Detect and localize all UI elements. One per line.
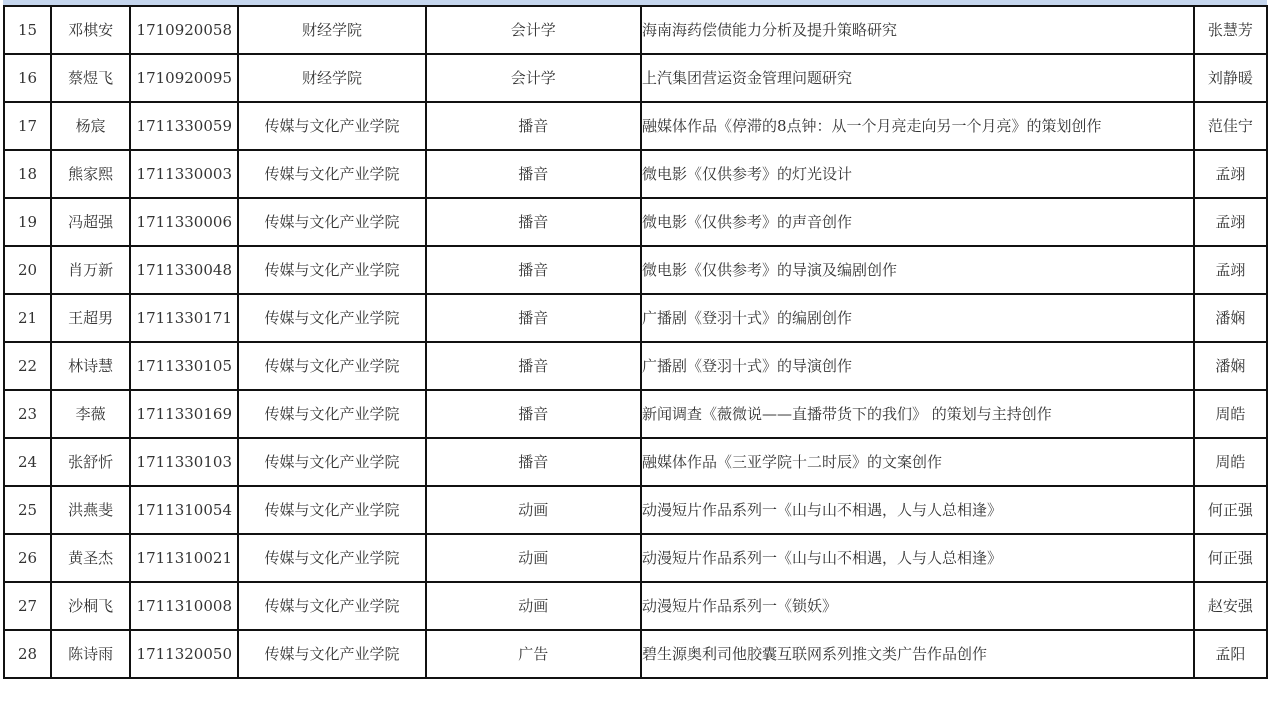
cell-number: 24: [4, 438, 51, 486]
cell-thesis-title: 动漫短片作品系列一《山与山不相遇，人与人总相逢》: [641, 486, 1194, 534]
cell-major: 播音: [426, 246, 641, 294]
cell-number: 25: [4, 486, 51, 534]
cell-college: 传媒与文化产业学院: [238, 486, 425, 534]
cell-student-name: 肖万新: [51, 246, 130, 294]
cell-college: 财经学院: [238, 6, 425, 54]
cell-student-id: 1711330103: [130, 438, 238, 486]
cell-advisor: 张慧芳: [1194, 6, 1267, 54]
cell-student-name: 冯超强: [51, 198, 130, 246]
cell-college: 传媒与文化产业学院: [238, 390, 425, 438]
cell-thesis-title: 广播剧《登羽十式》的导演创作: [641, 342, 1194, 390]
cell-student-name: 黄圣杰: [51, 534, 130, 582]
cell-number: 27: [4, 582, 51, 630]
cell-number: 28: [4, 630, 51, 678]
cell-advisor: 赵安强: [1194, 582, 1267, 630]
cell-major: 播音: [426, 102, 641, 150]
cell-student-id: 1711310008: [130, 582, 238, 630]
cell-advisor: 刘静暖: [1194, 54, 1267, 102]
table-row: 22 林诗慧 1711330105 传媒与文化产业学院 播音 广播剧《登羽十式》…: [4, 342, 1267, 390]
table-row: 15 邓棋安 1710920058 财经学院 会计学 海南海药偿债能力分析及提升…: [4, 6, 1267, 54]
cell-student-id: 1711330003: [130, 150, 238, 198]
cell-student-name: 杨宸: [51, 102, 130, 150]
cell-major: 播音: [426, 390, 641, 438]
cell-advisor: 潘娴: [1194, 342, 1267, 390]
table-row: 27 沙桐飞 1711310008 传媒与文化产业学院 动画 动漫短片作品系列一…: [4, 582, 1267, 630]
cell-student-id: 1711330105: [130, 342, 238, 390]
cell-major: 播音: [426, 150, 641, 198]
cell-college: 传媒与文化产业学院: [238, 438, 425, 486]
cell-student-id: 1711330006: [130, 198, 238, 246]
cell-advisor: 何正强: [1194, 534, 1267, 582]
cell-thesis-title: 动漫短片作品系列一《锁妖》: [641, 582, 1194, 630]
cell-student-name: 王超男: [51, 294, 130, 342]
cell-major: 播音: [426, 342, 641, 390]
cell-student-id: 1711310054: [130, 486, 238, 534]
cell-thesis-title: 碧生源奥利司他胶囊互联网系列推文类广告作品创作: [641, 630, 1194, 678]
cell-advisor: 周皓: [1194, 390, 1267, 438]
cell-student-name: 林诗慧: [51, 342, 130, 390]
cell-thesis-title: 海南海药偿债能力分析及提升策略研究: [641, 6, 1194, 54]
cell-thesis-title: 上汽集团营运资金管理问题研究: [641, 54, 1194, 102]
cell-student-id: 1710920058: [130, 6, 238, 54]
cell-student-id: 1711330169: [130, 390, 238, 438]
cell-advisor: 孟翊: [1194, 198, 1267, 246]
cell-thesis-title: 微电影《仅供参考》的灯光设计: [641, 150, 1194, 198]
table-row: 17 杨宸 1711330059 传媒与文化产业学院 播音 融媒体作品《停滞的8…: [4, 102, 1267, 150]
table-row: 19 冯超强 1711330006 传媒与文化产业学院 播音 微电影《仅供参考》…: [4, 198, 1267, 246]
cell-major: 播音: [426, 294, 641, 342]
table-row: 28 陈诗雨 1711320050 传媒与文化产业学院 广告 碧生源奥利司他胶囊…: [4, 630, 1267, 678]
thesis-roster-table: 15 邓棋安 1710920058 财经学院 会计学 海南海药偿债能力分析及提升…: [3, 5, 1268, 679]
cell-thesis-title: 融媒体作品《停滞的8点钟：从一个月亮走向另一个月亮》的策划创作: [641, 102, 1194, 150]
cell-thesis-title: 微电影《仅供参考》的声音创作: [641, 198, 1194, 246]
cell-number: 23: [4, 390, 51, 438]
cell-student-name: 李薇: [51, 390, 130, 438]
cell-major: 动画: [426, 534, 641, 582]
cell-advisor: 孟翊: [1194, 150, 1267, 198]
cell-number: 17: [4, 102, 51, 150]
cell-student-name: 张舒忻: [51, 438, 130, 486]
cell-college: 传媒与文化产业学院: [238, 342, 425, 390]
cell-number: 18: [4, 150, 51, 198]
cell-thesis-title: 动漫短片作品系列一《山与山不相遇，人与人总相逢》: [641, 534, 1194, 582]
table-row: 25 洪燕斐 1711310054 传媒与文化产业学院 动画 动漫短片作品系列一…: [4, 486, 1267, 534]
cell-advisor: 孟翊: [1194, 246, 1267, 294]
cell-college: 传媒与文化产业学院: [238, 102, 425, 150]
cell-student-name: 陈诗雨: [51, 630, 130, 678]
cell-thesis-title: 广播剧《登羽十式》的编剧创作: [641, 294, 1194, 342]
cell-advisor: 周皓: [1194, 438, 1267, 486]
cell-advisor: 何正强: [1194, 486, 1267, 534]
cell-number: 16: [4, 54, 51, 102]
table-row: 16 蔡煜飞 1710920095 财经学院 会计学 上汽集团营运资金管理问题研…: [4, 54, 1267, 102]
cell-number: 22: [4, 342, 51, 390]
cell-advisor: 潘娴: [1194, 294, 1267, 342]
table-row: 20 肖万新 1711330048 传媒与文化产业学院 播音 微电影《仅供参考》…: [4, 246, 1267, 294]
cell-advisor: 孟阳: [1194, 630, 1267, 678]
cell-thesis-title: 微电影《仅供参考》的导演及编剧创作: [641, 246, 1194, 294]
table-row: 24 张舒忻 1711330103 传媒与文化产业学院 播音 融媒体作品《三亚学…: [4, 438, 1267, 486]
cell-thesis-title: 融媒体作品《三亚学院十二时辰》的文案创作: [641, 438, 1194, 486]
cell-student-name: 洪燕斐: [51, 486, 130, 534]
cell-student-name: 邓棋安: [51, 6, 130, 54]
table-row: 21 王超男 1711330171 传媒与文化产业学院 播音 广播剧《登羽十式》…: [4, 294, 1267, 342]
table-row: 26 黄圣杰 1711310021 传媒与文化产业学院 动画 动漫短片作品系列一…: [4, 534, 1267, 582]
cell-advisor: 范佳宁: [1194, 102, 1267, 150]
cell-student-id: 1711330171: [130, 294, 238, 342]
cell-college: 传媒与文化产业学院: [238, 150, 425, 198]
cell-student-id: 1711330048: [130, 246, 238, 294]
cell-college: 传媒与文化产业学院: [238, 246, 425, 294]
cell-major: 动画: [426, 486, 641, 534]
cell-major: 动画: [426, 582, 641, 630]
table-row: 23 李薇 1711330169 传媒与文化产业学院 播音 新闻调查《薇微说——…: [4, 390, 1267, 438]
cell-number: 15: [4, 6, 51, 54]
table-row: 18 熊家熙 1711330003 传媒与文化产业学院 播音 微电影《仅供参考》…: [4, 150, 1267, 198]
cell-major: 会计学: [426, 6, 641, 54]
cell-number: 21: [4, 294, 51, 342]
cell-major: 会计学: [426, 54, 641, 102]
cell-student-name: 蔡煜飞: [51, 54, 130, 102]
cell-student-id: 1711330059: [130, 102, 238, 150]
cell-student-id: 1711310021: [130, 534, 238, 582]
cell-number: 19: [4, 198, 51, 246]
cell-college: 传媒与文化产业学院: [238, 534, 425, 582]
cell-college: 传媒与文化产业学院: [238, 582, 425, 630]
cell-college: 传媒与文化产业学院: [238, 294, 425, 342]
table-body: 15 邓棋安 1710920058 财经学院 会计学 海南海药偿债能力分析及提升…: [4, 6, 1267, 678]
cell-student-name: 沙桐飞: [51, 582, 130, 630]
cell-college: 传媒与文化产业学院: [238, 630, 425, 678]
cell-thesis-title: 新闻调查《薇微说——直播带货下的我们》 的策划与主持创作: [641, 390, 1194, 438]
cell-major: 广告: [426, 630, 641, 678]
cell-number: 26: [4, 534, 51, 582]
cell-major: 播音: [426, 198, 641, 246]
cell-college: 传媒与文化产业学院: [238, 198, 425, 246]
cell-college: 财经学院: [238, 54, 425, 102]
cell-number: 20: [4, 246, 51, 294]
cell-student-name: 熊家熙: [51, 150, 130, 198]
cell-student-id: 1711320050: [130, 630, 238, 678]
cell-student-id: 1710920095: [130, 54, 238, 102]
cell-major: 播音: [426, 438, 641, 486]
